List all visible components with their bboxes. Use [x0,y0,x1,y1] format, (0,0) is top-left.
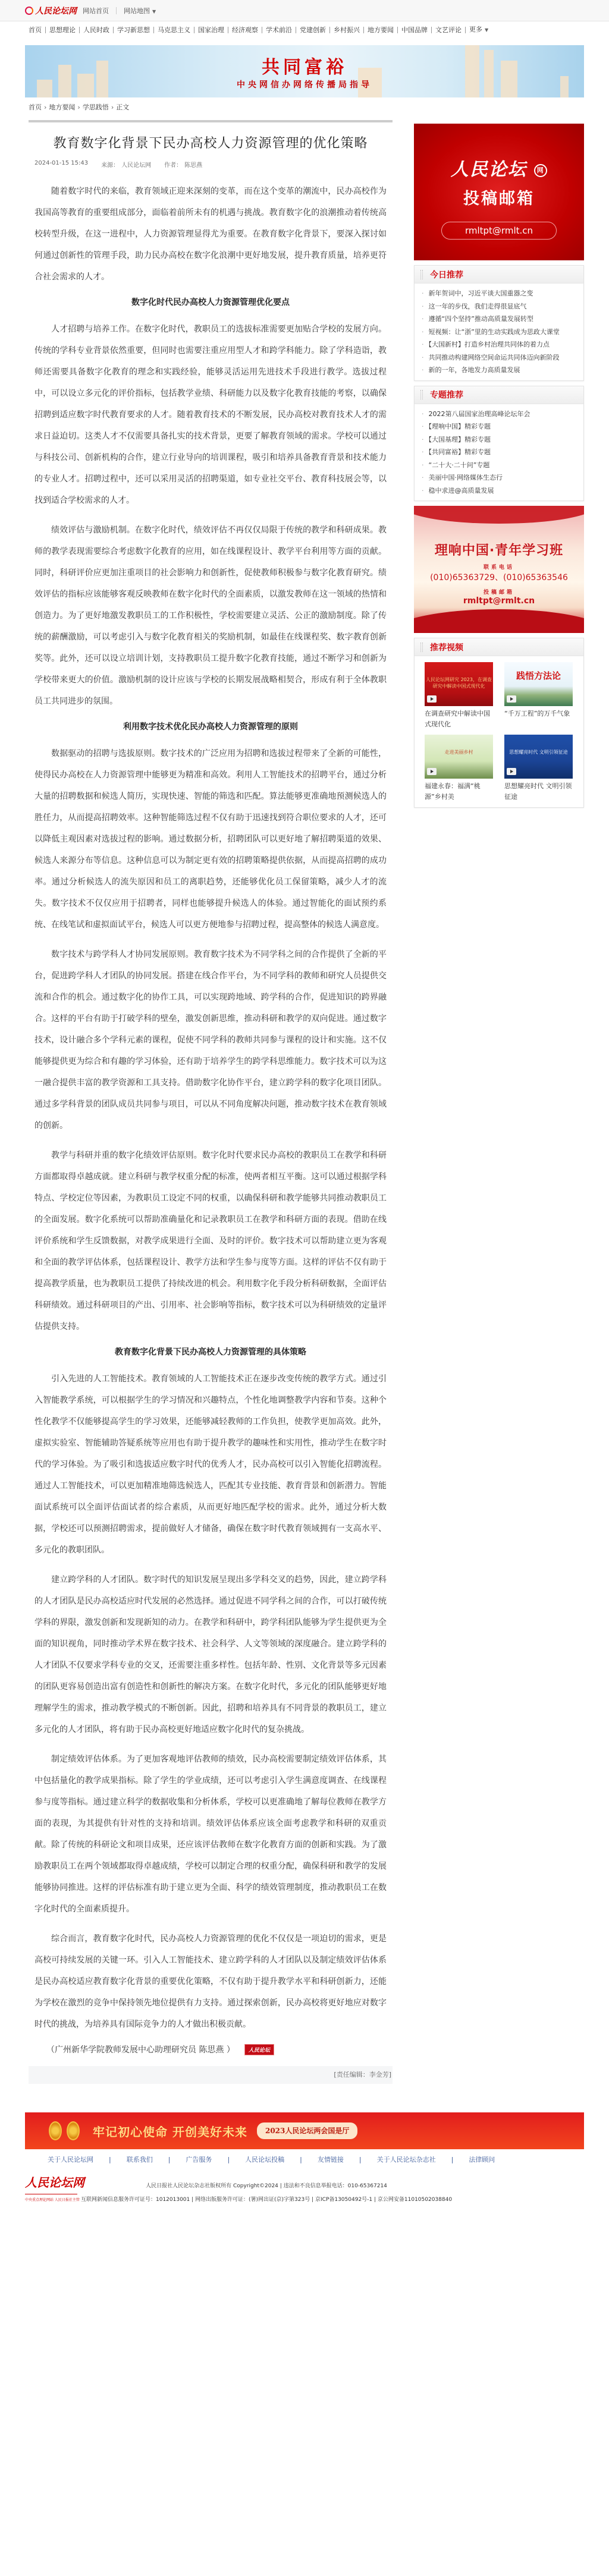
topic-item[interactable]: 2022第八届国家治理高峰论坛年会 [422,408,577,421]
nav-item[interactable]: 人民时政 [80,27,114,33]
topic-item[interactable]: 【大国基理】精彩专题 [422,433,577,446]
play-icon[interactable] [427,768,437,775]
wave-decor [414,609,584,633]
top-bar: 人民论坛网 网站首页 网站地图▼ [0,0,609,21]
today-item[interactable]: 新的一年，各地发力高质量发展 [422,364,577,377]
article-meta: 2024-01-15 15:43 来源：人民论坛网 作者：陈思燕 [29,160,393,169]
nav-item[interactable]: 国家治理 [194,27,228,33]
footer-link[interactable]: 人民论坛投稿 [245,2155,284,2164]
play-icon[interactable] [427,695,437,703]
today-item[interactable]: 短视频：让“浙”里的生动实践成为思政大课堂 [422,326,577,339]
grip-icon [420,270,423,279]
responsible-editor: [责任编辑：李金芳] [29,2066,393,2084]
licenses: 互联网新闻信息服务许可证号：1012013001 | 网络出版服务许可证：(署)… [81,2195,452,2203]
youth-email: rmltpt@rmlt.cn [414,596,584,606]
panel-title: 推荐视频 [430,641,463,653]
thumbnail-caption: 人民论坛网研究 2023，在调查研究中解读中国式现代化 [425,676,493,689]
footer-link[interactable]: 关于人民论坛网 [48,2155,93,2164]
thumbnail-caption: 思想耀亮时代 文明引领征途 [504,749,573,755]
grip-icon [420,643,423,652]
article-body: 随着数字时代的来临，教育领域正迎来深刻的变革，而在这个变革的潮流中，民办高校作为… [29,181,393,2035]
video-card[interactable]: 人民论坛网研究 2023，在调查研究中解读中国式现代化在调查研究中解读中国式现代… [425,662,493,731]
video-title[interactable]: 福建永春：福满“桃源”乡村美 [425,781,493,804]
paragraph: 数字技术与跨学科人才协同发展原则。教育数字技术为不同学科之间的合作提供了全新的平… [34,944,387,1136]
footer-link[interactable]: 广告服务 [186,2155,212,2164]
nav-item[interactable]: 学术前沿 [262,27,296,33]
caret-down-icon: ▼ [485,27,488,33]
today-item[interactable]: 这一年的步伐，我们走得很显底气 [422,300,577,313]
author-value: 陈思燕 [184,162,202,169]
topic-item[interactable]: 稳中求进@高质量发展 [422,484,577,497]
paragraph: 人才招聘与培养工作。在数字化时代，教职员工的选拔标准需要更加贴合学校的发展方向。… [34,319,387,511]
today-item[interactable]: 遵循“四个坚持”推动高质量发展转型 [422,313,577,326]
video-thumbnail[interactable]: 走进美丽乡村 [425,735,493,779]
nav-item[interactable]: 文艺评论 [432,27,466,33]
breadcrumb-local-news[interactable]: 地方要闻 [49,102,75,112]
wave-decor [414,506,584,524]
play-icon[interactable] [507,695,516,703]
video-thumbnail[interactable]: 思想耀亮时代 文明引领征途 [504,735,573,779]
panel-title: 今日推荐 [430,269,463,281]
play-icon[interactable] [507,768,516,775]
mailbox-email: rmltpt@rmlt.cn [441,222,557,240]
nav-item[interactable]: 更多▼ [466,26,492,33]
youth-ad-title: 理响中国·青年学习班 [414,540,584,559]
video-card[interactable]: 践悟方法论“千万工程”的万千气象 [504,662,573,731]
footer-link[interactable]: 友情链接 [318,2155,344,2164]
paragraph: 综合而言，教育数字化时代，民办高校人力资源管理的优化不仅仅是一项迫切的需求，更是… [34,1928,387,2035]
paragraph: 绩效评估与激励机制。在数字化时代，绩效评估不再仅仅局限于传统的教学和科研成果。教… [34,519,387,712]
topics-recommend-panel: 专题推荐 2022第八届国家治理高峰论坛年会【理响中国】精彩专题【大国基理】精彩… [414,386,584,502]
topic-item[interactable]: “二十大·二十问”专题 [422,459,577,472]
two-sessions-banner[interactable]: 牢记初心使命 开创美好未来 2023人民论坛两会国是厅 [25,2112,584,2149]
paragraph: 建立跨学科的人才团队。数字时代的知识发展呈现出多学科交叉的趋势，因此，建立跨学科… [34,1569,387,1740]
section-heading: 数字化时代民办高校人力资源管理优化要点 [34,296,387,308]
publish-date: 2024-01-15 15:43 [34,160,88,169]
recommend-videos-panel: 推荐视频 人民论坛网研究 2023，在调查研究中解读中国式现代化在调查研究中解读… [414,638,584,808]
divider [29,120,393,122]
banner-subtitle: 中央网信办网络传播局指导 [25,78,584,90]
nav-item[interactable]: 思想理论 [46,27,80,33]
submission-mailbox-ad[interactable]: 人民论坛 网 投稿邮箱 rmltpt@rmlt.cn [414,124,584,260]
topic-item[interactable]: 【共同富裕】精彩专题 [422,446,577,459]
source-label: 来源： [101,162,119,169]
logo-mark-icon [25,7,33,15]
mailbox-title: 投稿邮箱 [414,185,584,209]
divider: | [300,2156,302,2164]
panel-title: 专题推荐 [430,389,463,401]
chevron-right-icon: › [111,103,114,111]
sidebar: 人民论坛 网 投稿邮箱 rmltpt@rmlt.cn 今日推荐 新年贺词中，习近… [414,124,584,2084]
nav-item[interactable]: 地方要闻 [364,27,398,33]
site-logo[interactable]: 人民论坛网 [25,5,77,17]
thumbnail-caption: 走进美丽乡村 [425,749,493,755]
grip-icon [420,390,423,399]
divider [116,7,117,14]
divider: | [359,2156,362,2164]
section-heading: 教育数字化背景下民办高校人力资源管理的具体策略 [34,1346,387,1358]
caret-down-icon: ▼ [152,9,156,14]
phone-label: 联系电话 [414,563,584,571]
nav-item[interactable]: 学习新思想 [114,27,154,33]
video-title[interactable]: “千万工程”的万千气象 [504,708,573,731]
rmlt-stamp-logo: 人民论坛 [244,2044,274,2055]
footer-links: 关于人民论坛网|联系我们|广告服务|人民论坛投稿|友情链接|关于人民论坛杂志社|… [25,2149,584,2169]
nav-item[interactable]: 乡村振兴 [330,27,364,33]
footer-logo[interactable]: 人民论坛网 中央重点理论网站 人民日报社主管 [25,2173,77,2202]
nav-item[interactable]: 首页 [25,27,46,33]
video-card[interactable]: 走进美丽乡村福建永春：福满“桃源”乡村美 [425,735,493,804]
video-title[interactable]: 在调查研究中解读中国式现代化 [425,708,493,731]
breadcrumb: 首页 › 地方要闻 › 学思践悟 › 正文 [25,97,584,116]
today-recommend-panel: 今日推荐 新年贺词中，习近平谈大国重器之变这一年的步伐，我们走得很显底气遵循“四… [414,265,584,381]
chevron-right-icon: › [44,103,46,111]
author-byline: （广州新华学院教师发展中心助理研究员 陈思燕 ） 人民论坛 [29,2043,393,2055]
main-nav: 首页思想理论人民时政学习新思想马克思主义国家治理经济观察学术前沿党建创新乡村振兴… [25,21,584,38]
copyright: 人民日报社人民论坛杂志社版权所有 Copyright©2024 | 违法和不良信… [81,2181,452,2189]
section-heading: 利用数字技术优化民办高校人力资源管理的原则 [34,720,387,732]
chevron-right-icon: › [77,103,80,111]
paragraph: 数据驱动的招聘与选拔原则。数字技术的广泛应用为招聘和选拔过程带来了全新的可能性，… [34,743,387,936]
thumbnail-caption: 践悟方法论 [504,669,573,682]
video-title[interactable]: 思想耀亮时代 文明引领征途 [504,781,573,804]
today-list: 新年贺词中，习近平谈大国重器之变这一年的步伐，我们走得很显底气遵循“四个坚持”推… [415,284,583,380]
video-grid: 人民论坛网研究 2023，在调查研究中解读中国式现代化在调查研究中解读中国式现代… [415,656,583,807]
breadcrumb-current: 正文 [116,102,129,112]
phone-numbers: (010)65363729、(010)65363546 [414,571,584,583]
breadcrumb-home[interactable]: 首页 [29,102,42,112]
divider: | [109,2156,111,2164]
source-value: 人民论坛网 [121,162,151,169]
author-label: 作者： [164,162,182,169]
breadcrumb-study-practice[interactable]: 学思践悟 [83,102,109,112]
sitemap-link[interactable]: 网站地图▼ [124,6,156,15]
paragraph: 制定绩效评估体系。为了更加客观地评估教师的绩效，民办高校需要制定绩效评估体系，其… [34,1749,387,1920]
paragraph: 引入先进的人工智能技术。教育领域的人工智能技术正在逐步改变传统的教学方式。通过引… [34,1368,387,1561]
video-thumbnail[interactable]: 人民论坛网研究 2023，在调查研究中解读中国式现代化 [425,662,493,706]
paragraph: 教学与科研并重的数字化绩效评估原则。数字化时代要求民办高校的教职员工在教学和科研… [34,1145,387,1337]
divider: | [227,2156,230,2164]
nav-item[interactable]: 经济观察 [228,27,262,33]
footer-link[interactable]: 联系我们 [127,2155,153,2164]
common-prosperity-banner[interactable]: 共同富裕 中央网信办网络传播局指导 [25,45,584,97]
today-item[interactable]: 共同推动构建网络空间命运共同体迈向新阶段 [422,351,577,364]
footer-logo-tag: 中央重点理论网站 人民日报社主管 [25,2194,77,2202]
topics-list: 2022第八届国家治理高峰论坛年会【理响中国】精彩专题【大国基理】精彩专题【共同… [415,404,583,501]
mailbox-brand: 人民论坛 网 [414,124,584,181]
divider: | [451,2156,454,2164]
footer-link[interactable]: 关于人民论坛杂志社 [377,2155,436,2164]
national-emblem-icon [49,2121,62,2140]
video-thumbnail[interactable]: 践悟方法论 [504,662,573,706]
article-column: 教育数字化背景下民办高校人力资源管理的优化策略 2024-01-15 15:43… [25,116,393,2084]
net-badge-icon: 网 [534,164,547,177]
video-card[interactable]: 思想耀亮时代 文明引领征途思想耀亮时代 文明引领征途 [504,735,573,804]
nav-item[interactable]: 党建创新 [296,27,330,33]
banner-pill: 2023人民论坛两会国是厅 [257,2122,357,2139]
banner-slogan: 牢记初心使命 开创美好未来 [93,2122,247,2140]
footer-link[interactable]: 法律顾问 [469,2155,495,2164]
paragraph: 随着数字时代的来临，教育领域正迎来深刻的变革，而在这个变革的潮流中，民办高校作为… [34,181,387,288]
divider: | [168,2156,171,2164]
footer: 人民论坛网 中央重点理论网站 人民日报社主管 人民日报社人民论坛杂志社版权所有 … [25,2173,584,2203]
today-item[interactable]: 新年贺词中，习近平谈大国重器之变 [422,287,577,300]
article-title: 教育数字化背景下民办高校人力资源管理的优化策略 [29,133,393,152]
cppcc-emblem-icon [67,2121,80,2140]
home-link[interactable]: 网站首页 [83,6,109,15]
banner-title: 共同富裕 [25,52,584,78]
today-item[interactable]: 【大国新村】打造乡村治理共同体的着力点 [422,338,577,351]
nav-item[interactable]: 中国品牌 [398,27,432,33]
youth-study-class-ad[interactable]: 理响中国·青年学习班 联系电话 (010)65363729、(010)65363… [414,506,584,633]
nav-item[interactable]: 马克思主义 [154,27,194,33]
email-label: 投稿邮箱 [414,588,584,596]
topic-item[interactable]: 【理响中国】精彩专题 [422,420,577,433]
topic-item[interactable]: 美丽中国·网络媒体生态行 [422,471,577,484]
